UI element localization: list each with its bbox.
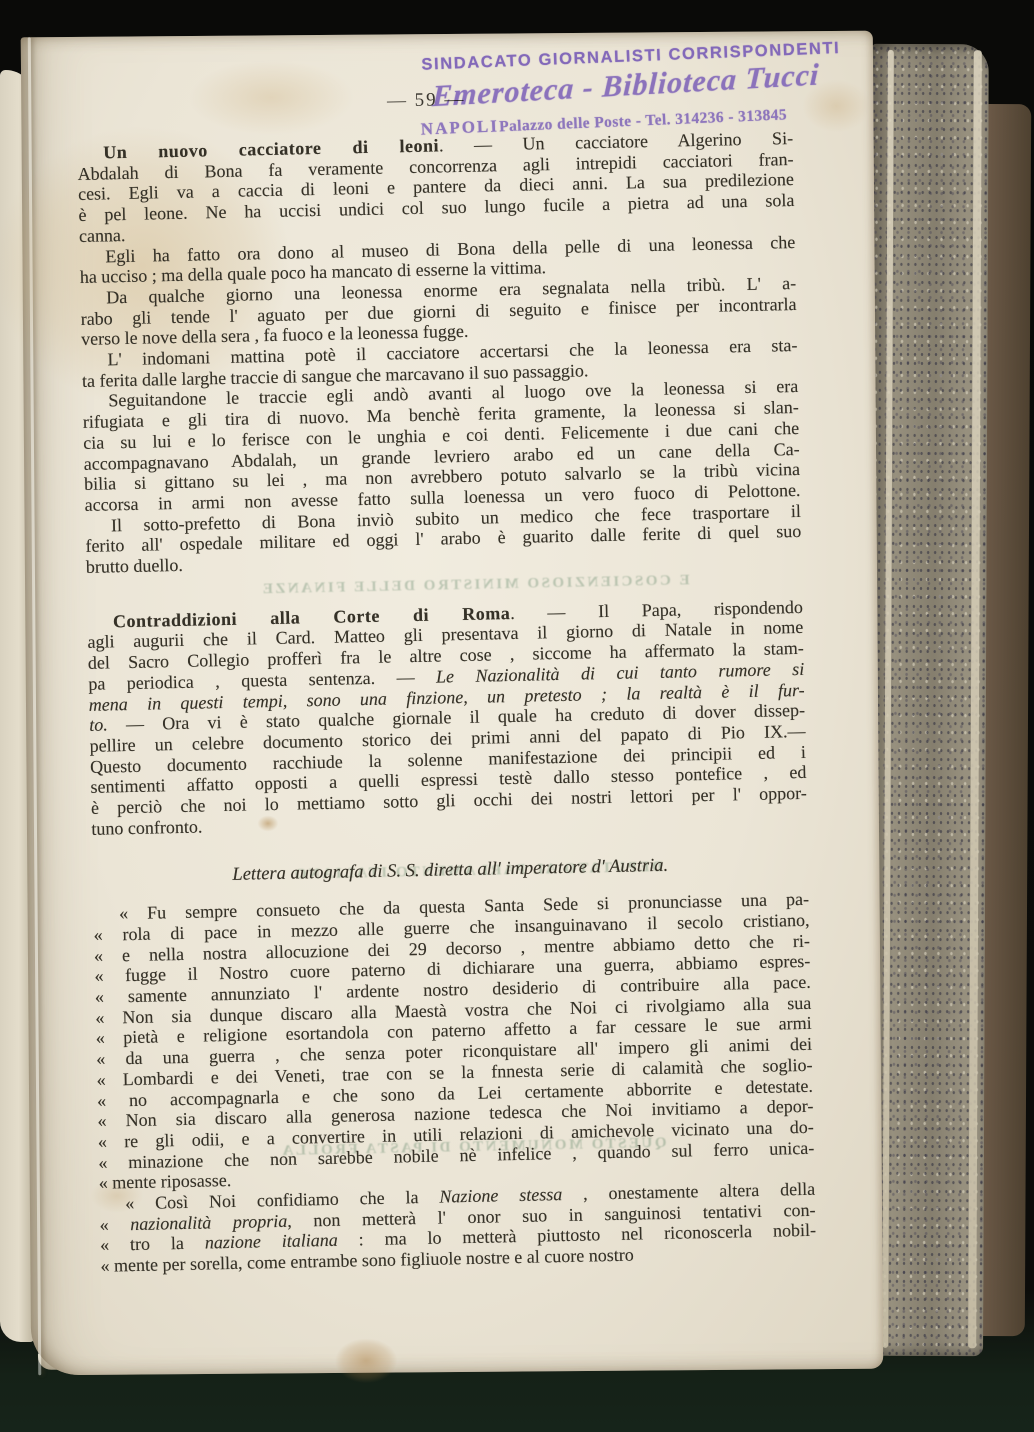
text-run: brutto duello. bbox=[86, 555, 183, 577]
italic-run: nazione italiana bbox=[205, 1230, 338, 1253]
paragraph: Un nuovo cacciatore di leoni. — Un cacci… bbox=[77, 128, 795, 246]
text-run: « tro la bbox=[100, 1233, 205, 1255]
page-content: E COSCIENZIOSO MINISTRO DELLE FINANZEDEP… bbox=[19, 20, 899, 1376]
paragraph: Seguitandone le traccie egli andò avanti… bbox=[82, 376, 800, 515]
text-run: « bbox=[99, 1214, 130, 1235]
stamp-city-label: NAPOLI bbox=[420, 116, 499, 138]
italic-run: nazionalità propria bbox=[130, 1211, 287, 1234]
italic-run: Nazione stessa bbox=[439, 1184, 562, 1207]
page-edge-highlight bbox=[968, 50, 982, 1348]
italic-run: to. bbox=[89, 715, 108, 735]
scanned-book-photo: E COSCIENZIOSO MINISTRO DELLE FINANZEDEP… bbox=[0, 0, 1034, 1432]
text-run: canna. bbox=[79, 225, 126, 246]
paragraph: Contraddizioni alla Corte di Roma. — Il … bbox=[87, 597, 808, 840]
paragraph: « Fu sempre consueto che da questa Santa… bbox=[93, 889, 817, 1277]
article-text: Un nuovo cacciatore di leoni. — Un cacci… bbox=[77, 128, 817, 1277]
text-run: tuno confronto. bbox=[91, 816, 202, 838]
book-page: E COSCIENZIOSO MINISTRO DELLE FINANZEDEP… bbox=[21, 31, 883, 1376]
bleedthrough-layer: E COSCIENZIOSO MINISTRO DELLE FINANZEDEP… bbox=[19, 20, 871, 38]
text-run: « mente riposasse. bbox=[99, 1170, 232, 1193]
